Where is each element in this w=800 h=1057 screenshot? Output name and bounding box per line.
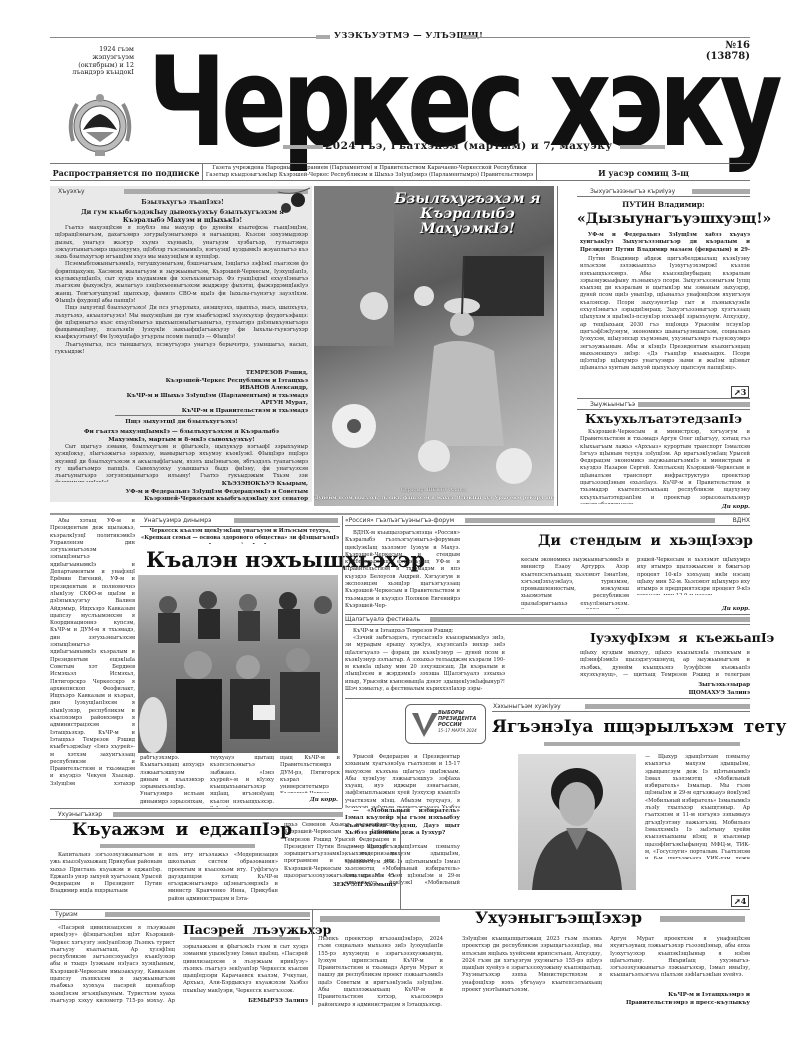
subscription-note: Распространяется по подписке — [50, 168, 202, 178]
greeting-subtitle: Пщэ зыхуэтщI ди бзылъхугъэхэ! Фи гъатхэ … — [55, 418, 308, 444]
rubric-label: Зыхуэгъэзэныгъэ къриIуэу — [590, 188, 675, 195]
jump-page: 4 — [741, 896, 747, 906]
issue-date: 2024 гъэ, гъатхэпэм (мартым) и 7, махуэк… — [325, 140, 613, 152]
vdnh-column-3: рэшей-Черкесым и хьэлэмэт щIыхумрэ иху и… — [637, 557, 750, 595]
arrow-right-icon: ➚ — [734, 387, 741, 397]
construction-column-3: Аргун Мурат проектхэм я унафэщIхэм яхуиг… — [610, 936, 750, 976]
school-signature: ЗЕКУЭЛI Хьэмыщэ — [284, 882, 396, 890]
roads-signature: Ди корр. — [580, 504, 750, 512]
construction-title-bar-left — [320, 916, 440, 922]
date-bar-right — [620, 145, 665, 149]
putin-rubric: Зыхуэгъэзэныгъэ къриIуэу — [590, 187, 750, 196]
vdnh-signature: Ди корр. — [637, 606, 750, 614]
greeting-title-1: Бзылъхугъэ лъапIэхэ! — [55, 199, 310, 208]
rubric-bar — [234, 518, 338, 523]
roads-body: Къэрэшей-Черкесым и министрхэр, хэгъуэгу… — [580, 429, 750, 504]
greeting-paragraph: ПсэемыблэжыныгъэмкIэ, тегушхуэныгъэм, бэ… — [55, 261, 308, 305]
family-rubric: Унагъуэмрэ динымрэ — [144, 516, 338, 525]
tourism-signature: БЕМЫРЗЭ Залинэ — [183, 998, 308, 1006]
construction-signature: КъЧР-м и Iэтащхьэмрэ и Правительствэмрэ … — [610, 992, 750, 1007]
youth-fest-body-2: щIыху куэдым мыхъуу, щIыхэ къызыхэкIа лъ… — [580, 650, 750, 680]
tourism-column-2: зэрылажьэм и фIыгъэкIэ гъэм и сыт хуэдэ … — [183, 944, 308, 996]
rubric-bar — [638, 402, 750, 407]
construction-column-1: Лъэпкъ проектхэр ягъэзащIэкIэрэ, 2024 гъ… — [318, 936, 443, 1008]
issue-number: №16 (13878) — [700, 40, 750, 62]
cover-photo-caption: Дунейм псом щызэхъ лъэпкъ фащэхэм я маху… — [314, 495, 554, 501]
putin-divider — [577, 398, 750, 399]
logo-line: 15–17 МАРТА 2024 — [438, 728, 477, 734]
construction-title: УхуэныгъэщIэхэр — [475, 908, 642, 927]
rubric-bar — [692, 189, 750, 194]
putin-continued-button[interactable]: ➚3 — [731, 386, 749, 398]
elections-column-1: Урысей Федерацэм и Президентыр хэхыным х… — [345, 754, 460, 808]
rubric-label: Щалэгъуалэ фестиваль — [345, 616, 420, 623]
greeting-signers: ТЕМРЕЗОВ Рэшид, Къэрэшей-Черкес Республи… — [55, 370, 308, 415]
signature-role: Зыгъэхьэзырар — [580, 682, 750, 690]
header-divider-top — [50, 163, 750, 164]
putin-author: ПУТИН Владимир: — [577, 200, 750, 209]
putin-rubric-line — [577, 196, 750, 197]
header-divider-bottom — [50, 180, 750, 181]
greeting-title: Бзылъхугъэ лъапIэхэ! Ди гум къыбгъэдэкIы… — [55, 199, 310, 226]
school-title-bar — [100, 844, 255, 848]
signer-name: ТЕМРЕЗОВ Рэшид, — [55, 370, 308, 378]
greeting-subtitle-2: Фи гъатхэ махуэщIымкIэ — бзылъхугъэхэм я… — [55, 428, 308, 444]
founders-note: Газета учреждена Народным Собранием (Пар… — [203, 165, 536, 179]
column-divider-tourism — [312, 910, 313, 1005]
tourism-rubric-line — [50, 919, 310, 920]
youth-fest-title: IуэхуфIхэм я къежьапIэ — [590, 630, 774, 645]
date-bar-left — [283, 145, 323, 149]
greeting-paragraph: Гъатхэ махуэщIхэм я пэублэ мы махуэр фэ … — [55, 225, 308, 261]
rubric-label: Унагъуэмрэ динымрэ — [144, 517, 211, 524]
family-mid-column-2: теухуауэ щытащ къэпсэлъэныгъэ зыбжанэ. «… — [210, 755, 274, 807]
elections-rubric-line — [492, 711, 750, 712]
school-column-3: щхьэ Семенов Ахьмэт, къуажэдэсхэр. Къэрэ… — [284, 822, 396, 880]
vdnh-column-1: ВДНХ-м къыщызэрагъэпэща «Россия» Къэралы… — [345, 530, 460, 608]
youth-fest-body: «Зэчий зыбгъэдэлъ, гупсысэкIэ къызэрымык… — [345, 635, 505, 693]
construction-column-2: ЗэIущIэм къыщапщытэжащ 2023 гъэм лъэпкъ … — [462, 936, 602, 1008]
column-divider-top — [557, 186, 558, 506]
greeting-rubric: Хъуэхъу — [58, 187, 308, 196]
school-column-1: Капитальнэ зэгъэзэхуэжыныгъэм и ужь къыз… — [50, 852, 162, 908]
tourism-rubric: Туризм — [55, 910, 310, 919]
elections-continued-button[interactable]: ➚4 — [731, 895, 749, 907]
greeting-title-2: Ди гум къыбгъэдэкIыу дывохъуэхъу бзылъху… — [55, 208, 310, 226]
family-lead: Черкесск къалэм щекIуэкIащ унагъуэм и Ил… — [140, 528, 340, 544]
vdnh-rubric-line — [345, 525, 750, 526]
jump-page: 3 — [741, 387, 747, 397]
rubric-bar — [113, 812, 343, 817]
signature-name: ЩОМАХУЭ Залинэ — [580, 690, 750, 698]
vdnh-title: Ди стендым и хьэщIэхэр — [538, 533, 753, 549]
signature-line: Правительствэмрэ я пресс-къулыкъу — [610, 1000, 750, 1008]
rubric-label: Хъуэхъу — [58, 188, 85, 195]
school-title: Къуажэм и еджапIэр — [72, 820, 292, 840]
conference-audience-photo-icon — [138, 575, 338, 753]
family-rubric-line — [140, 526, 340, 527]
issue-total-value: (13878) — [700, 51, 750, 62]
vdnh-rubric: «Россия» гъэлъэгъуэныгъэ-форум ВДНХ — [345, 516, 750, 525]
elections-title-bar — [544, 742, 740, 746]
tourism-column-1: «Пасэрей цивилизацэхэм я лъэужьым ирикIу… — [50, 925, 175, 1005]
roads-title: КхъухьлъатэтедзапIэ — [577, 411, 750, 426]
family-bottom-divider — [50, 808, 342, 809]
elections-column-3: — Щыхур здыщIэтхам пэмылъу къыхэгъэ маху… — [645, 754, 750, 859]
elections-rubric: Хэхыныгъэм хуэкIуэу — [493, 702, 750, 711]
tourism-title-bar — [190, 937, 300, 940]
signer-name: КЪЭЗЭНОКЪУЭ Къырым, — [55, 481, 308, 489]
youth-fest-rubric: Щалэгъуалэ фестиваль — [345, 615, 750, 624]
founders-line-2: Газетыр къыдэзыгъэкIыр Къэрэшей-Черкес Р… — [203, 172, 536, 179]
putin-body: Путин Владимир абдеж щигъэбелджылащ къэк… — [580, 256, 750, 384]
rubric-bar — [585, 704, 750, 709]
signer-name: ИВАНОВ Александр, — [55, 385, 308, 393]
putin-title: «Дызыунагъуэшхуэщ!» — [577, 211, 750, 227]
roads-rubric-line — [577, 409, 750, 410]
putin-lead: УФ-м и Федеральнэ ЗэIущIэм хабзэ хъуауэ … — [580, 232, 750, 255]
greeting-divider — [115, 415, 255, 416]
family-left-column: Абы хэтащ УФ-м и Президентым деж щылажьэ… — [50, 518, 135, 788]
youth-fest-signature: Зыгъэхьэзырар ЩОМАХУЭ Залинэ — [580, 682, 750, 697]
school-column-2: илъ иту игъэлажьэ «Модернизация школьных… — [168, 852, 278, 908]
family-mid-column-1: рабгъуэхэмрэ. Къыхагъэщащ апхуэдэ лэжьыг… — [140, 755, 204, 807]
youth-fest-rubric-line — [345, 624, 750, 625]
elections-title: ЯгъэнэIуа пщэрылъхэм тету — [492, 717, 786, 737]
page-count-note: И уасэр сомищ 3-щ — [537, 168, 750, 178]
woman-portrait-photo-icon — [518, 754, 636, 890]
signature-line: КъЧР-м и Iэтащхьэмрэ и — [610, 992, 750, 1000]
issue-number-value: №16 — [700, 40, 750, 51]
family-signature: Ди корр. — [280, 797, 338, 805]
section-divider-1 — [50, 513, 750, 515]
roads-rubric: Зыужьыныгъэ — [590, 400, 750, 409]
greeting-subtitle-1: Пщэ зыхуэтщI ди бзылъхугъэхэ! — [55, 418, 308, 426]
rubric-label-right: ВДНХ — [733, 516, 750, 525]
column-divider-mid — [342, 516, 343, 808]
karachay-cherkessia-emblem-icon — [65, 86, 135, 161]
greeting-paragraph: Пщэ зыхуэтщI бзылъхугъэхэ! Ди псэ угъурл… — [55, 305, 308, 341]
rubric-bar — [105, 912, 310, 917]
signer-role: УФ-м и Федеральнэ ЗэIущIэм ФедерацэмкIэ … — [55, 489, 308, 497]
rubric-bar — [430, 617, 750, 622]
signer-role: КъЧР-м и Шыхьэ ЗэIущIэм (Парламентым) и … — [55, 393, 308, 401]
school-rubric: Ухуэныгъэхэр — [58, 810, 398, 819]
column-divider-school — [400, 810, 401, 910]
elections-logo-text: ВЫБОРЫ ПРЕЗИДЕНТА РОССИИ 15–17 МАРТА 202… — [438, 710, 477, 734]
vdnh-column-2: кесым экономикэ зыужьыныгъэмкIэ и минист… — [521, 557, 629, 609]
youth-fest-divider — [345, 698, 750, 699]
tourism-title: Пасэрей лъэужьхэр — [183, 922, 331, 937]
greeting-sub-body: Сыт щыгъуэ зэмани, бзылъхугъэм и фIыгъэк… — [55, 444, 308, 482]
arrow-right-icon: ➚ — [734, 896, 741, 906]
rubric-label: Туризм — [55, 911, 78, 918]
signer-role: Къэрэшей-Черкесым къыбгъэдэкIыу хэт сена… — [55, 496, 308, 504]
rubric-label: Хэхыныгъэм хуэкIуэу — [493, 703, 561, 710]
cover-photo-title: Бзылъхугъэхэм я Къэралыбэ МахуэмкIэ! — [380, 192, 555, 237]
signer-role: Къэрэшей-Черкес Республикэм и Iэтащхьэ — [55, 378, 308, 386]
greeting-final-signer: КЪЭЗЭНОКЪУЭ Къырым, УФ-м и Федеральнэ Зэ… — [55, 481, 308, 504]
construction-title-bar-right — [660, 916, 745, 922]
rubric-label: Ухуэныгъэхэр — [58, 811, 102, 818]
rubric-label: Зыужьыныгъэ — [590, 401, 635, 408]
family-mid-column-3: щащ КъЧР-м и Правительствэмрэ ДУМ-рэ, Пя… — [280, 755, 340, 793]
elections-logo-icon: ВЫБОРЫ ПРЕЗИДЕНТА РОССИИ 15–17 МАРТА 202… — [405, 704, 486, 744]
rubric-bar — [465, 518, 715, 523]
cover-photo-credit: Сурэтыр: ШЕКЪУ Алинэ. — [314, 487, 554, 493]
founded-note: 1924 гъэм жэпуэгъуэм (октябрым) и 12 лъа… — [56, 46, 134, 77]
greeting-paragraph: Лъагъуныгъэ, псэ тыншыгъуэ, псэкугъуэрэ … — [55, 342, 308, 357]
signer-role: КъЧР-м и Правительствэм и тхьэмадэ — [55, 408, 308, 416]
signer-name: АРГУН Мурат, — [55, 400, 308, 408]
rubric-label: «Россия» гъэлъэгъуэныгъэ-форум — [345, 517, 454, 524]
